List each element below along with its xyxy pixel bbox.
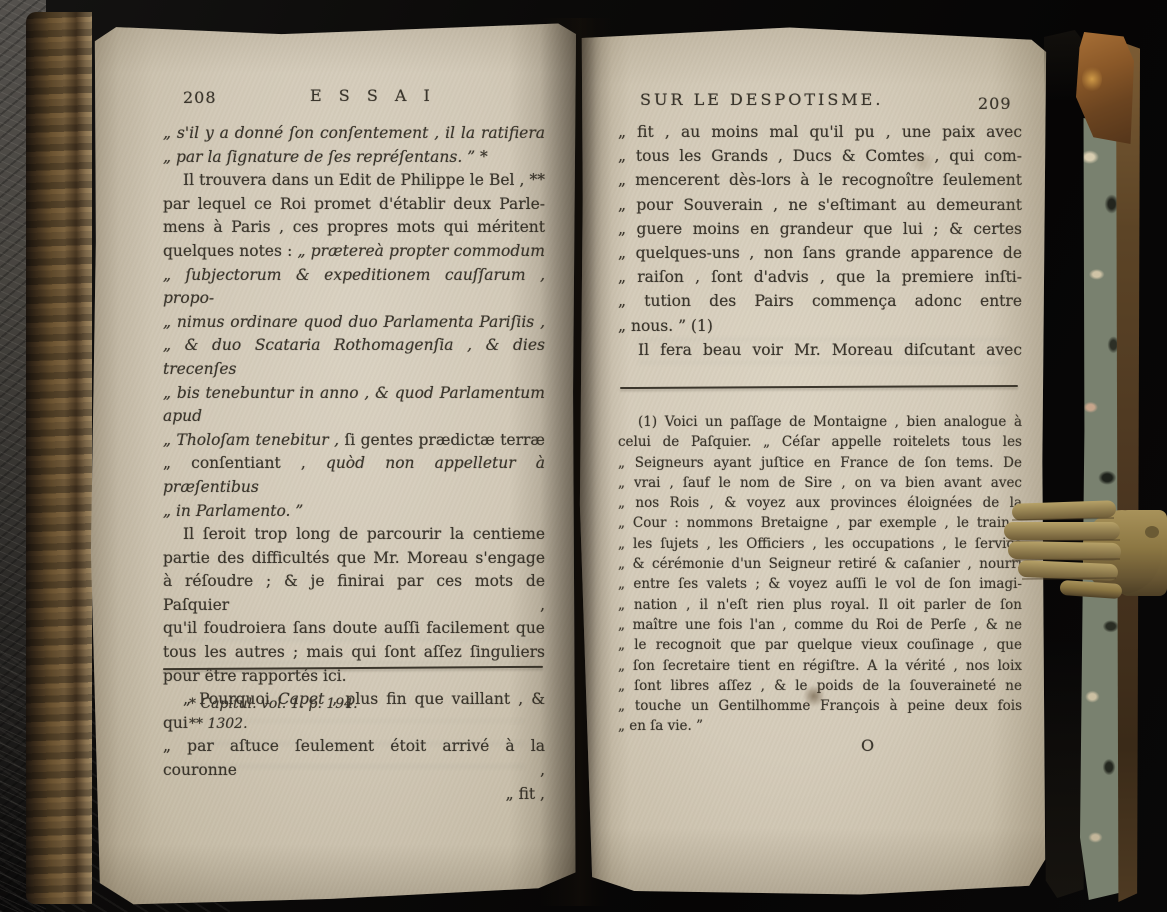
text-line: „ entre ſes valets ; & voyez auſſi le vo…: [618, 574, 1022, 594]
left-page: 208 E S S A I „ s'il y a donné ſon conſe…: [84, 20, 578, 906]
text-line: qu'il foudroiera ſans doute auſſi facile…: [163, 617, 545, 641]
hand-screw: [1145, 526, 1159, 538]
text-line: (1) Voici un paſſage de Montaigne , bien…: [618, 412, 1022, 432]
text-line: „ & cérémonie d'un Seigneur retiré & caſ…: [618, 554, 1022, 574]
text-line: quelques notes : „ prætereà propter comm…: [163, 240, 545, 264]
text-line: „ Tholoſam tenebitur , ſi gentes prædict…: [163, 429, 545, 453]
footnote-rule: [620, 385, 1018, 389]
text-line: „ par aſtuce ſeulement étoit arrivé à la…: [163, 735, 545, 782]
text-line: „ s'il y a donné ſon conſentement , il l…: [163, 122, 545, 146]
text-line: mens à Paris , ces propres mots qui méri…: [163, 216, 545, 240]
text-segment: quelques notes :: [163, 242, 298, 260]
page-number: 209: [978, 94, 1012, 113]
text-line: Il trouvera dans un Edit de Philippe le …: [163, 169, 545, 193]
text-line: „ nation , il n'eſt rien plus royal. Il …: [618, 595, 1022, 615]
text-line: „ pour Souverain , ne s'eſtimant au deme…: [618, 193, 1022, 217]
text-line: „ les ſujets , les Officiers , les occup…: [618, 534, 1022, 554]
text-line: par lequel ce Roi promet d'établir deux …: [163, 193, 545, 217]
book-photo: 208 E S S A I „ s'il y a donné ſon conſe…: [0, 0, 1167, 912]
book-spine: [26, 12, 92, 904]
right-footnote-block: (1) Voici un paſſage de Montaigne , bien…: [618, 412, 1022, 737]
text-line: „ Cour : nommons Bretaigne , par exemple…: [618, 513, 1022, 533]
text-line: „ ſon ſecretaire tient en régiſtre. A la…: [618, 656, 1022, 676]
text-line: „ vrai , ſauf le nom de Sire , on va bie…: [618, 473, 1022, 493]
text-line: à réſoudre ; & je finirai par ces mots d…: [163, 570, 545, 617]
hand-finger: [1008, 541, 1121, 561]
text-line: „ par la ſignature de ſes repréſentans. …: [163, 146, 545, 170]
text-line: „ in Parlamento. ”: [163, 500, 545, 524]
text-line: Il ſeroit trop long de parcourir la cent…: [163, 523, 545, 547]
text-line: „ en ſa vie. ”: [618, 716, 1022, 736]
signature-mark: O: [861, 736, 874, 755]
text-line: „ bis tenebuntur in anno , & quod Parlam…: [163, 382, 545, 429]
hand-finger: [1004, 522, 1120, 540]
text-segment: „ Tholoſam tenebitur ,: [163, 431, 339, 449]
text-line: „ Seigneurs ayant juſtice en France de ſ…: [618, 453, 1022, 473]
text-line: „ & duo Scataria Rothomagenſia , & dies …: [163, 334, 545, 381]
left-footnotes: * Capitul. vol. 1. p. 194.** 1302.: [189, 695, 529, 734]
text-line: „ nos Rois , & voyez aux provinces éloig…: [618, 493, 1022, 513]
text-line: * Capitul. vol. 1. p. 194.: [189, 695, 529, 715]
text-line: „ nous. ” (1): [618, 314, 1022, 338]
text-line: partie des difficultés que Mr. Moreau s'…: [163, 547, 545, 571]
text-segment: ſi gentes prædictæ terræ: [339, 431, 545, 449]
text-line: „ maître une fois l'an , comme du Roi de…: [618, 615, 1022, 635]
text-line: „ ſubjectorum & expeditionem cauſſarum ,…: [163, 264, 545, 311]
text-line: „ mencerent dès-lors à le recognoître ſe…: [618, 168, 1022, 192]
text-line: Il fera beau voir Mr. Moreau diſcutant a…: [618, 338, 1022, 362]
text-line: „ guere moins en grandeur que lui ; & ce…: [618, 217, 1022, 241]
cover-edge: [1116, 40, 1140, 902]
page-number: 208: [183, 88, 217, 107]
text-line: celui de Paſquier. „ Céſar appelle roite…: [618, 432, 1022, 452]
text-segment: „ prætereà propter commodum: [298, 242, 545, 260]
text-line: „ fit ,: [163, 783, 545, 807]
text-line: tous les autres ; mais qui ſont aſſez ſi…: [163, 641, 545, 665]
text-line: „ le recognoit que par quelque vieux cou…: [618, 635, 1022, 655]
right-text-block: „ fit , au moins mal qu'il pu , une paix…: [618, 120, 1022, 362]
text-segment: „ conſentiant ,: [163, 454, 326, 472]
text-line: „ raiſon , ſont d'advis , que la premier…: [618, 265, 1022, 289]
brass-hand-clip: [1002, 496, 1167, 618]
text-line: „ quelques-uns , non ſans grande apparen…: [618, 241, 1022, 265]
text-line: „ tous les Grands , Ducs & Comtes , qui …: [618, 144, 1022, 168]
text-line: „ tution des Pairs commença adonc entre: [618, 289, 1022, 313]
right-page: SUR LE DESPOTISME. 209 „ fit , au moins …: [578, 24, 1048, 898]
text-line: „ ſont libres aſſez , & le poids de la ſ…: [618, 676, 1022, 696]
running-title: E S S A I: [310, 86, 436, 105]
text-line: „ fit , au moins mal qu'il pu , une paix…: [618, 120, 1022, 144]
text-line: „ touche un Gentilhomme François à peine…: [618, 696, 1022, 716]
text-line: „ nimus ordinare quod duo Parlamenta Par…: [163, 311, 545, 335]
text-line: ** 1302.: [189, 715, 529, 735]
text-line: „ conſentiant , quòd non appelletur à pr…: [163, 452, 545, 499]
running-title: SUR LE DESPOTISME.: [640, 90, 883, 109]
